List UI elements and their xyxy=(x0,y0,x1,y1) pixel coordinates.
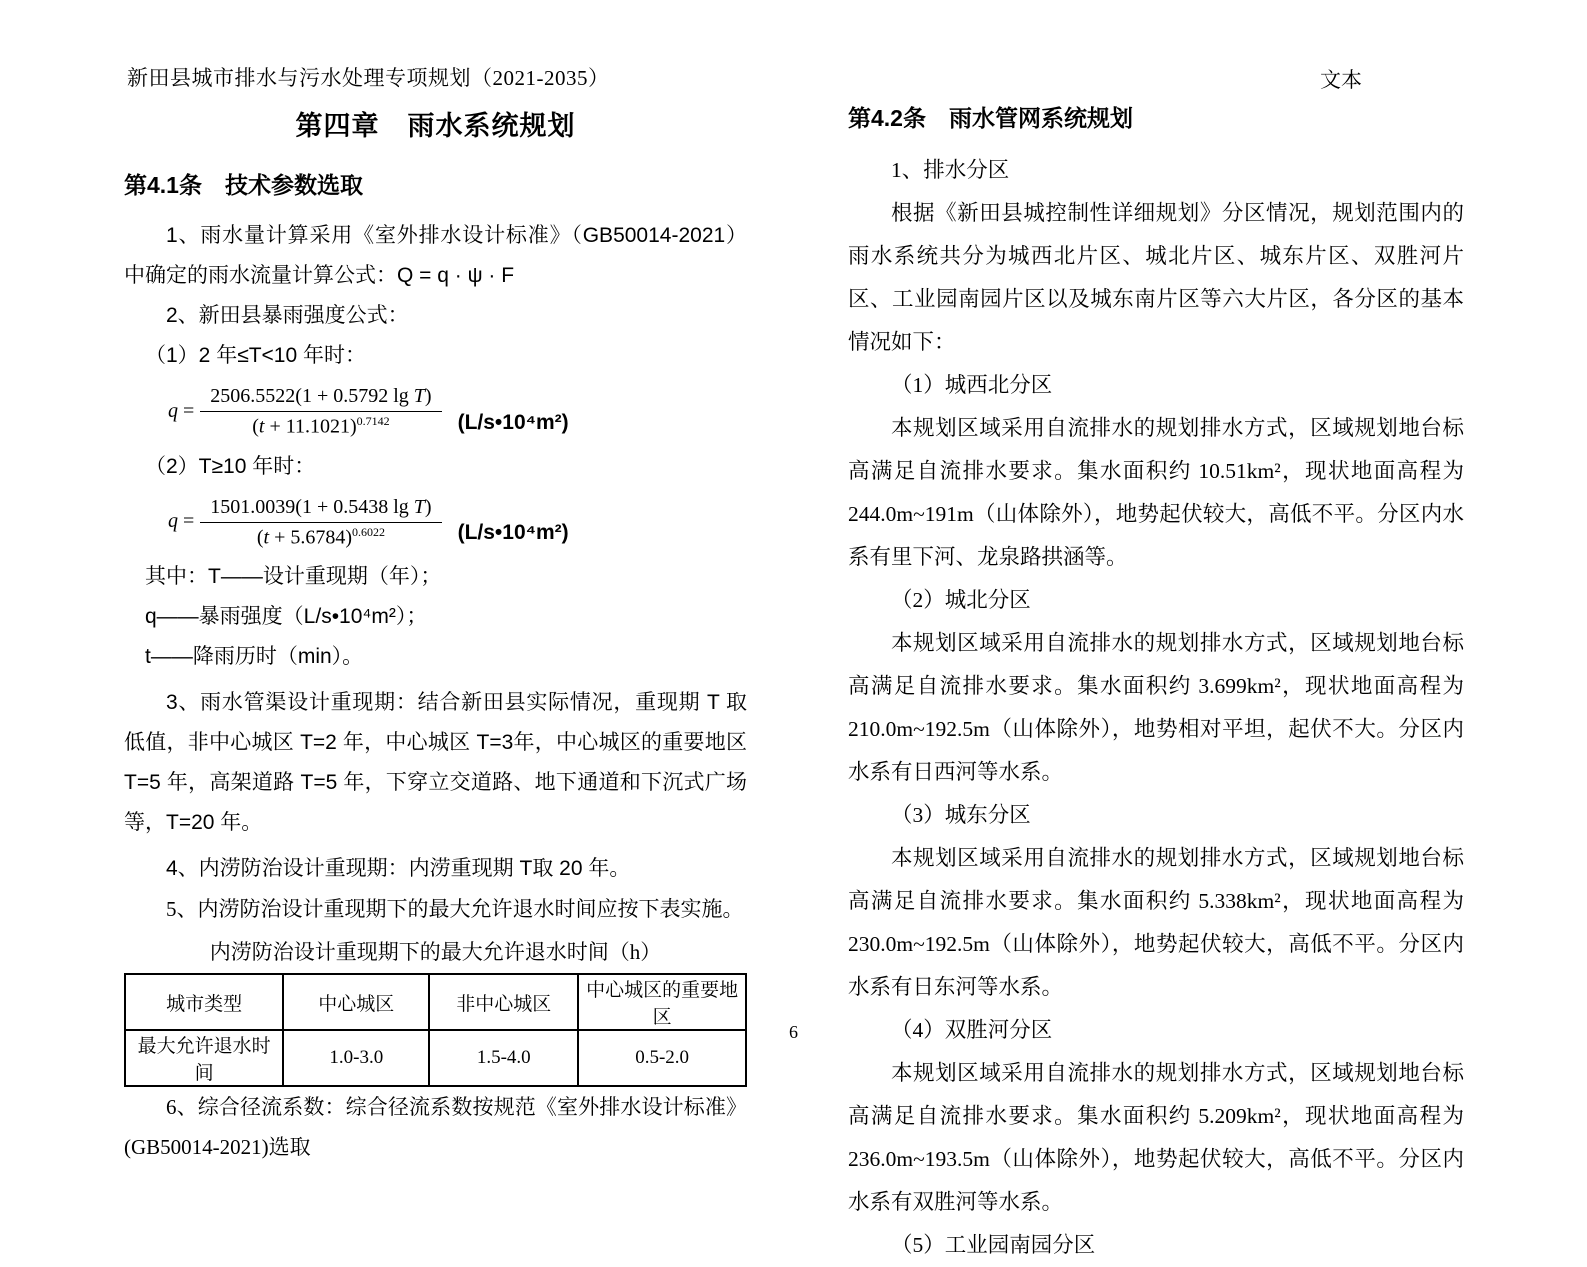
page-number: 6 xyxy=(0,1022,1587,1043)
right-column: 第4.2条 雨水管网系统规划 1、排水分区 根据《新田县城控制性详细规划》分区情… xyxy=(848,100,1464,1267)
param-item-6: 6、综合径流系数：综合径流系数按规范《室外排水设计标准》(GB50014-202… xyxy=(124,1087,747,1167)
storm-intensity-formula-2: q = 1501.0039(1 + 0.5438 lg T) (t + 5.67… xyxy=(168,495,747,550)
where-clause-T: 其中：T——设计重现期（年）； xyxy=(124,557,747,597)
formula-1-numerator: 2506.5522(1 + 0.5792 lg T) xyxy=(200,384,441,412)
header-doc-title: 新田县城市排水与污水处理专项规划（2021-2035） xyxy=(127,62,610,92)
formula-1-fraction: 2506.5522(1 + 0.5792 lg T) (t + 11.1021)… xyxy=(200,384,441,439)
param-item-2: 2、新田县暴雨强度公式： xyxy=(124,296,747,336)
zone-3-label: （3）城东分区 xyxy=(848,794,1464,837)
formula-1-lhs: q = xyxy=(168,400,194,423)
zone-5-label: （5）工业园南园分区 xyxy=(848,1224,1464,1267)
zone-1-label: （1）城西北分区 xyxy=(848,364,1464,407)
case-1-label: （1）2 年≤T<10 年时： xyxy=(124,336,747,376)
section-4-2-heading: 第4.2条 雨水管网系统规划 xyxy=(848,100,1464,133)
param-item-4: 4、内涝防治设计重现期：内涝重现期 T取 20 年。 xyxy=(124,849,747,889)
param-item-5: 5、内涝防治设计重现期下的最大允许退水时间应按下表实施。 xyxy=(124,889,747,929)
drainage-zones-intro: 根据《新田县城控制性详细规划》分区情况，规划范围内的雨水系统共分为城西北片区、城… xyxy=(848,192,1464,364)
param-item-3: 3、雨水管渠设计重现期：结合新田县实际情况，重现期 T 取低值，非中心城区 T=… xyxy=(124,683,747,843)
zone-2-paragraph: 本规划区域采用自流排水的规划排水方式，区域规划地台标高满足自流排水要求。集水面积… xyxy=(848,622,1464,794)
param-item-1: 1、雨水量计算采用《室外排水设计标准》（GB50014-2021）中确定的雨水流… xyxy=(124,216,747,296)
subsection-1-label: 1、排水分区 xyxy=(848,149,1464,192)
storm-intensity-formula-1: q = 2506.5522(1 + 0.5792 lg T) (t + 11.1… xyxy=(168,384,747,439)
formula-1-unit: (L/s•10⁴m²) xyxy=(458,411,569,439)
table-title: 内涝防治设计重现期下的最大允许退水时间（h） xyxy=(124,933,747,971)
where-clause-q: q——暴雨强度（L/s•10⁴m²）； xyxy=(124,597,747,637)
zone-1-paragraph: 本规划区域采用自流排水的规划排水方式，区域规划地台标高满足自流排水要求。集水面积… xyxy=(848,407,1464,579)
zone-3-paragraph: 本规划区域采用自流排水的规划排水方式，区域规划地台标高满足自流排水要求。集水面积… xyxy=(848,837,1464,1009)
where-clause-t: t——降雨历时（min）。 xyxy=(124,637,747,677)
left-column: 第四章 雨水系统规划 第4.1条 技术参数选取 1、雨水量计算采用《室外排水设计… xyxy=(124,100,747,1167)
formula-2-unit: (L/s•10⁴m²) xyxy=(458,521,569,549)
formula-2-denominator: (t + 5.6784)0.6022 xyxy=(200,523,441,550)
formula-2-fraction: 1501.0039(1 + 0.5438 lg T) (t + 5.6784)0… xyxy=(200,495,441,550)
formula-1-denominator: (t + 11.1021)0.7142 xyxy=(200,412,441,439)
zone-2-label: （2）城北分区 xyxy=(848,579,1464,622)
header-doc-type-label: 文本 xyxy=(1320,64,1362,94)
section-4-1-heading: 第4.1条 技术参数选取 xyxy=(124,167,747,200)
chapter-heading: 第四章 雨水系统规划 xyxy=(124,104,747,143)
zone-4-paragraph: 本规划区域采用自流排水的规划排水方式，区域规划地台标高满足自流排水要求。集水面积… xyxy=(848,1052,1464,1224)
formula-2-lhs: q = xyxy=(168,510,194,533)
formula-2-numerator: 1501.0039(1 + 0.5438 lg T) xyxy=(200,495,441,523)
case-2-label: （2）T≥10 年时： xyxy=(124,447,747,487)
